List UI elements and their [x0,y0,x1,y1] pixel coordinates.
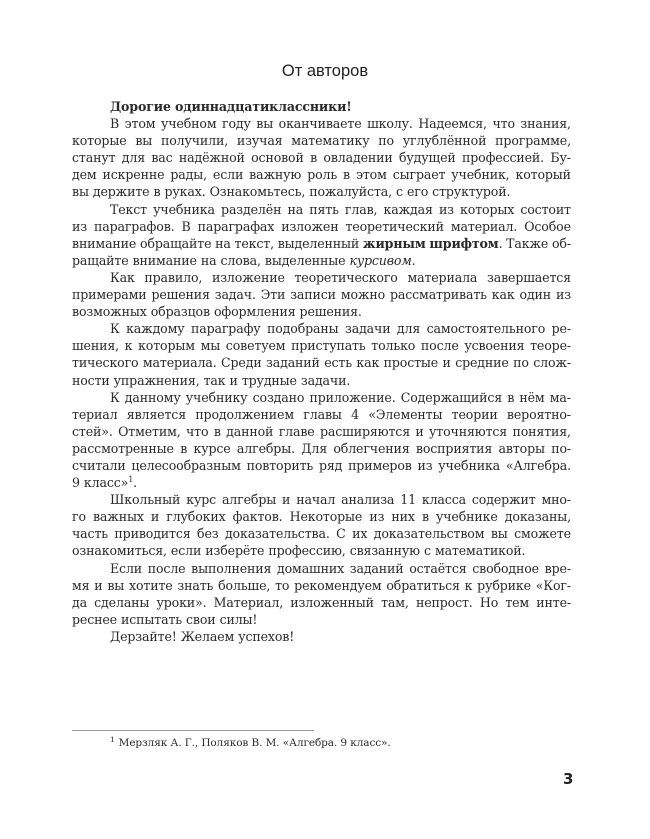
text-line: вниманиеобращайтенатекст,выделенныйжирны… [72,235,571,252]
text-line: считалицелесообразнымповторитьрядпримеро… [72,457,571,474]
footnote-divider [72,730,314,731]
text-line: демискреннерады,есливажнуюрольвэтомсыгра… [72,166,571,183]
text-line: частьприводитсябездоказательства.Сихдока… [72,525,571,542]
text-line: Кданномуучебникусозданоприложение.Содерж… [72,389,571,406]
text-line: которыевыполучили,изучаяматематикупоуглу… [72,132,571,149]
footnote: 1Мерзляк А. Г., Поляков В. М. «Алгебра. … [110,737,391,749]
text-line: 9класс»1. [72,474,571,491]
footnote-marker: 1 [110,735,115,744]
text-line: говажныхиглубокихфактов.Некоторыеизнихву… [72,508,571,525]
greeting: Дорогие одиннадцатиклассники! [72,98,571,115]
text-line: стей».Отметим,чтовданнойглаверасширяются… [72,423,571,440]
text-line: станутдляваснадёжнойосновойвовладениибуд… [72,149,571,166]
text-line: ностиупражнения,такитрудныезадачи. [72,372,571,389]
text-line: изпараграфов.Впараграфахизложентеоретиче… [72,218,571,235]
text-line: Школьныйкурсалгебрыиначаланализа11класса… [72,491,571,508]
text-line: Еслипослевыполнениядомашнихзаданийостаёт… [72,560,571,577]
text-line: ознакомиться,еслиизберётепрофессию,связа… [72,542,571,559]
text-line: дасделаныуроки».Материал,изложенныйтам,н… [72,594,571,611]
text-line: Вэтомучебномгодувыоканчиваетешколу.Надее… [72,115,571,132]
page-title: От авторов [0,62,650,81]
page-number: 3 [563,770,573,788]
text-line: Дерзайте!Желаемуспехов! [72,628,571,645]
text-line: возможныхобразцовоформлениярешения. [72,303,571,320]
text-line: Ккаждомупараграфуподобранызадачидлясамос… [72,320,571,337]
text-line: выдержитевруках.Ознакомьтесь,пожалуйста,… [72,183,571,200]
text-line: мяивыхотитезнатьбольше,торекомендуемобра… [72,577,571,594]
text-line: рассмотренныевкурсеалгебры.Дляоблегчения… [72,440,571,457]
text-line: тическогоматериала.Средизаданийестькакпр… [72,354,571,371]
body-text: Дорогие одиннадцатиклассники! Вэтомучебн… [72,98,571,645]
text-line: Какправило,изложениетеоретическогоматери… [72,269,571,286]
footnote-text: Мерзляк А. Г., Поляков В. М. «Алгебра. 9… [119,737,391,749]
text-line: териалявляетсяпродолжениемглавы4«Элемент… [72,406,571,423]
text-line: шения,ккоторыммысоветуемприступатьтолько… [72,337,571,354]
text-line: ращайтевниманиенаслова,выделенныекурсиво… [72,252,571,269]
text-line: примерамирешениязадач.Этизаписиможнорасс… [72,286,571,303]
text-line: реснееиспытатьсвоисилы! [72,611,571,628]
text-line: Текстучебникаразделённапятьглав,каждаяиз… [72,201,571,218]
paragraphs: Вэтомучебномгодувыоканчиваетешколу.Надее… [72,115,571,645]
